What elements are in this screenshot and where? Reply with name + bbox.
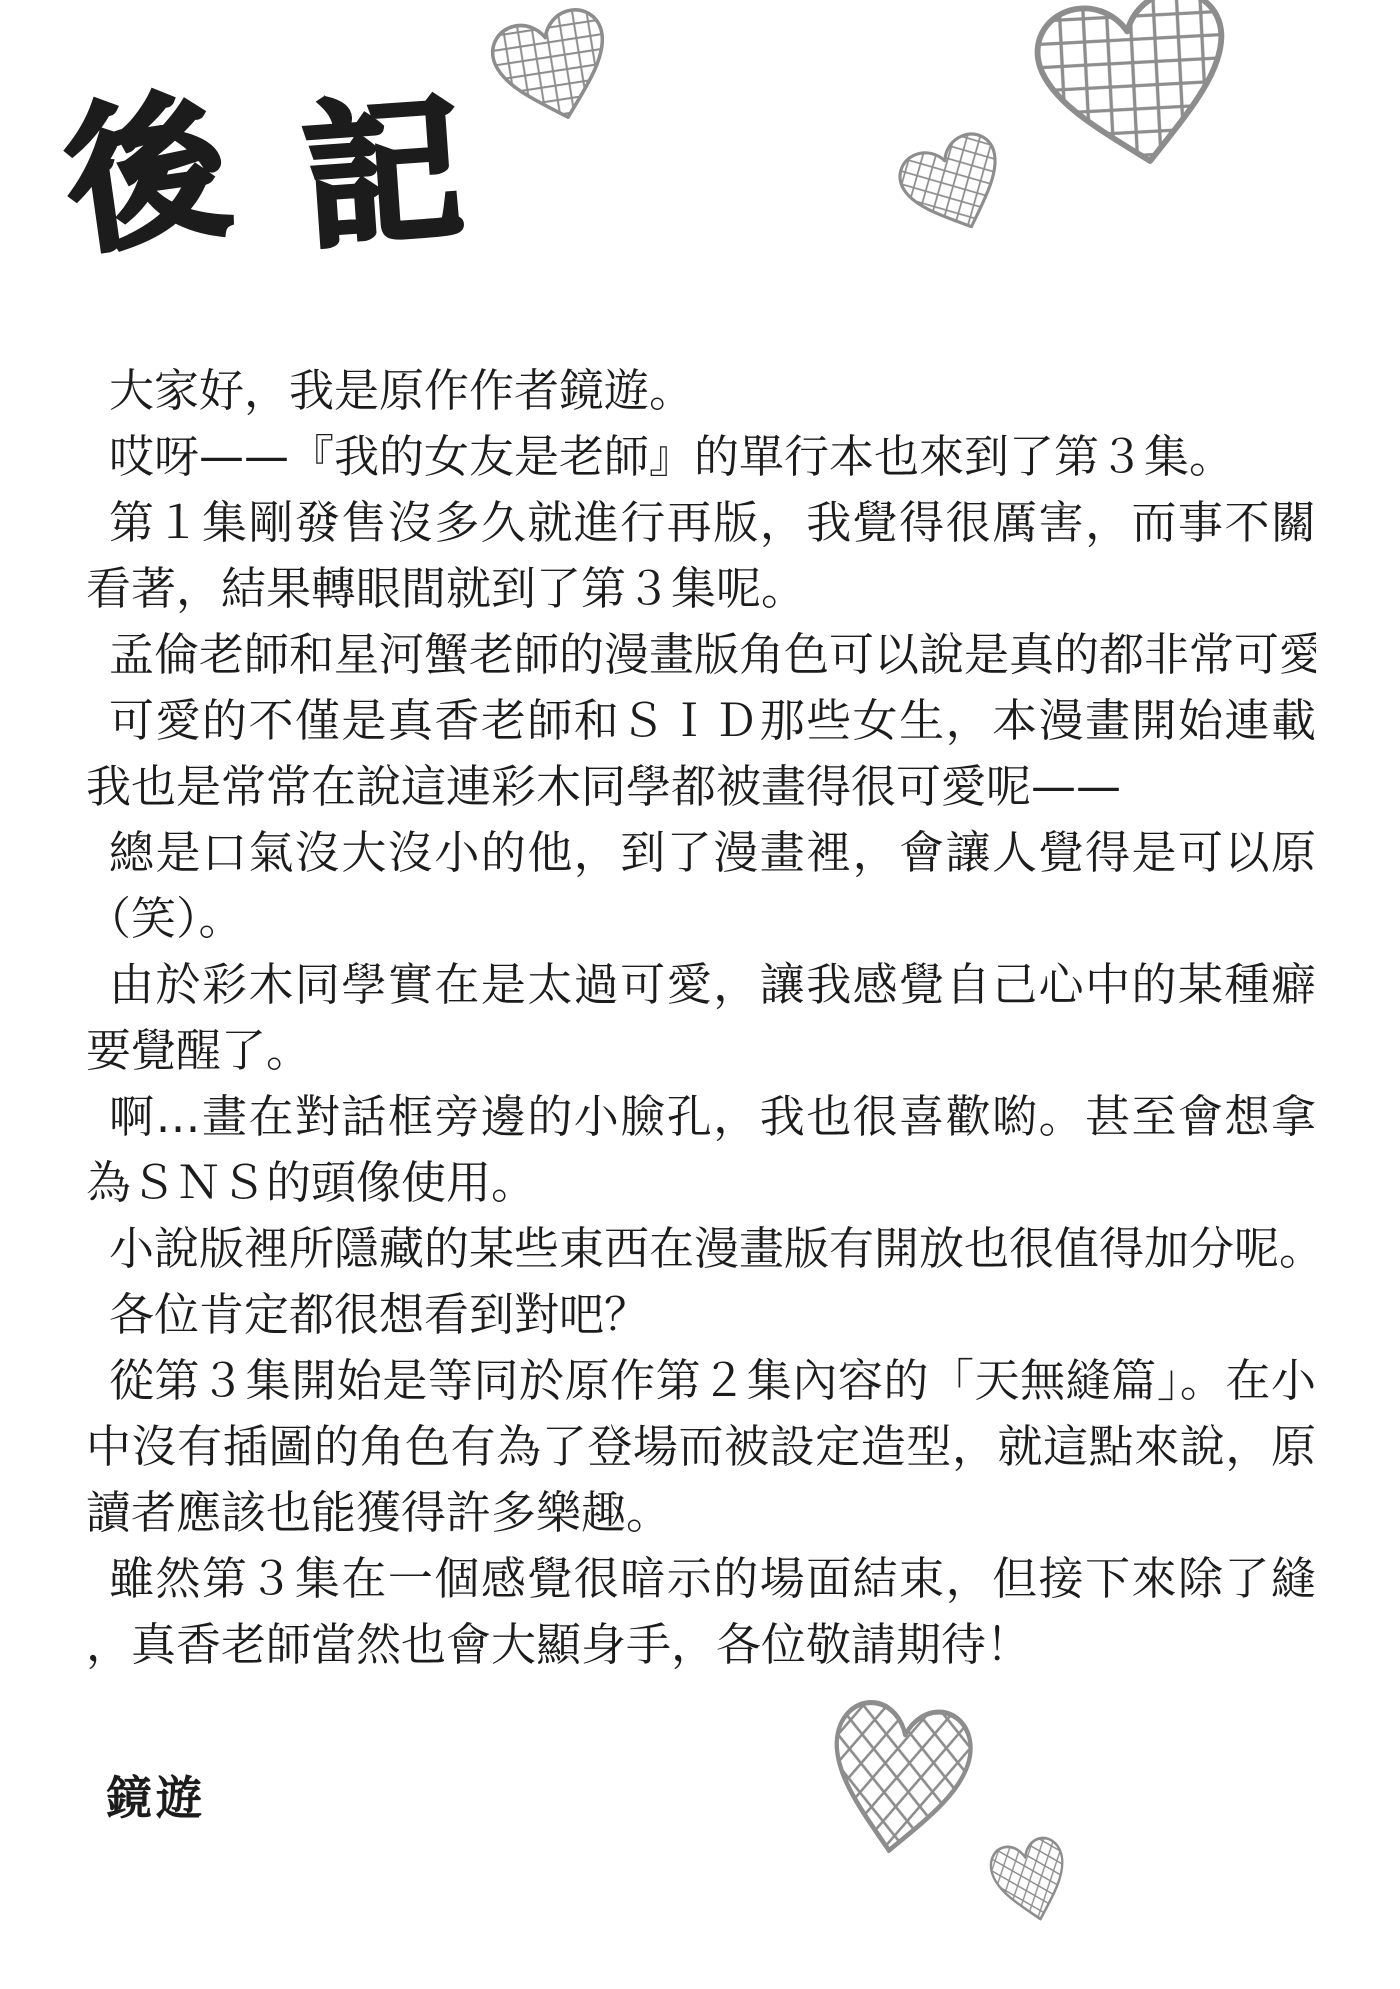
body-line: ，真香老師當然也會大顯身手，各位敬請期待！ [86, 1612, 1316, 1678]
body-line: 要覺醒了。 [86, 1018, 1316, 1084]
crosshatch-heart-icon [984, 1830, 1079, 1932]
body-line: 中沒有插圖的角色有為了登場而被設定造型，就這點來說，原作的 [86, 1414, 1316, 1480]
body-line: 哎呀——『我的女友是老師』的單行本也來到了第３集。 [86, 424, 1316, 490]
crosshatch-heart-icon [1024, 0, 1248, 186]
body-line: （笑）。 [86, 886, 1316, 952]
body-line: 總是口氣沒大沒小的他，到了漫畫裡，會讓人覺得是可以原諒的 [86, 820, 1316, 886]
body-line: 可愛的不僅是真香老師和ＳＩＤ那些女生，本漫畫開始連載後， [86, 688, 1316, 754]
body-line: 大家好，我是原作作者鏡遊。 [86, 358, 1316, 424]
body-line: 各位肯定都很想看到對吧？ [86, 1282, 1316, 1348]
page-title: 後記 [68, 96, 462, 254]
author-signature: 鏡遊 [106, 1762, 206, 1828]
crosshatch-heart-icon [482, 0, 626, 138]
afterword-body: 大家好，我是原作作者鏡遊。哎呀——『我的女友是老師』的單行本也來到了第３集。第１… [86, 358, 1316, 1678]
body-line: 雖然第３集在一個感覺很暗示的場面結束，但接下來除了縫以外 [86, 1546, 1316, 1612]
body-line: 啊…畫在對話框旁邊的小臉孔，我也很喜歡喲。甚至會想拿來做 [86, 1084, 1316, 1150]
crosshatch-heart-icon [889, 122, 1021, 250]
body-line: 讀者應該也能獲得許多樂趣。 [86, 1480, 1316, 1546]
body-line: 為ＳＮＳ的頭像使用。 [86, 1150, 1316, 1216]
title-char-2: 記 [299, 91, 468, 260]
body-line: 我也是常常在說這連彩木同學都被畫得很可愛呢—— [86, 754, 1316, 820]
body-line: 由於彩木同學實在是太過可愛，讓我感覺自己心中的某種癖好快 [86, 952, 1316, 1018]
body-line: 從第３集開始是等同於原作第２集內容的「天無縫篇」。在小說 [86, 1348, 1316, 1414]
crosshatch-heart-icon [818, 1691, 981, 1867]
afterword-page: 後記 大家好，我是原作作者鏡遊。哎呀——『我的女友是老師』的單行本也來到了第３集… [0, 0, 1400, 1989]
body-line: 看著，結果轉眼間就到了第３集呢。 [86, 556, 1316, 622]
title-char-1: 後 [58, 86, 236, 264]
body-line: 孟倫老師和星河蟹老師的漫畫版角色可以說是真的都非常可愛！ [86, 622, 1316, 688]
body-line: 第１集剛發售沒多久就進行再版，我覺得很厲害，而事不關己地 [86, 490, 1316, 556]
body-line: 小說版裡所隱藏的某些東西在漫畫版有開放也很值得加分呢。 [86, 1216, 1316, 1282]
